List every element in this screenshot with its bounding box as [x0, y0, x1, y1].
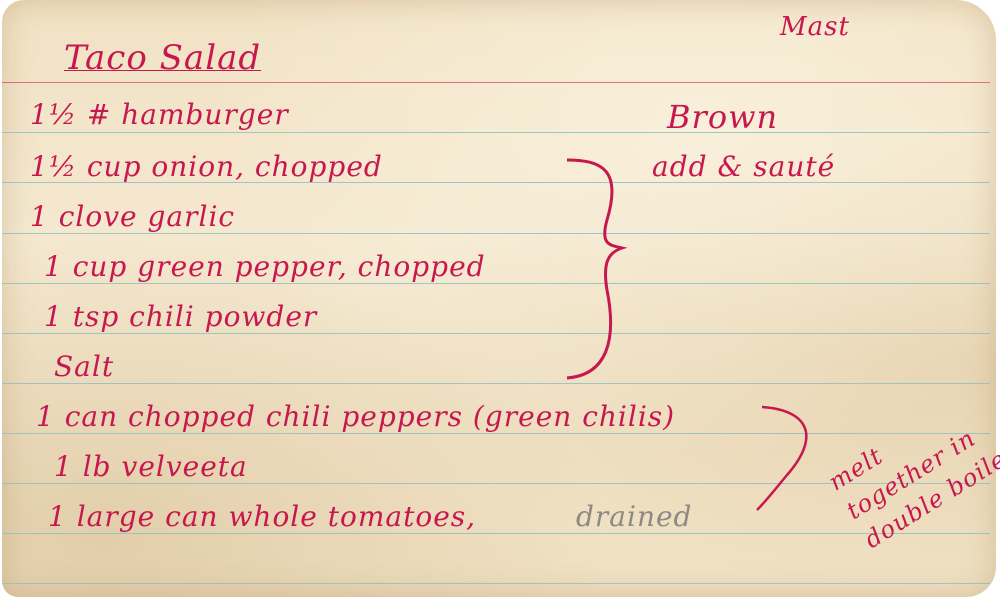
- curly-brace-icon: [562, 150, 642, 390]
- ingredient-line: 1 can chopped chili peppers (green chili…: [36, 400, 675, 433]
- ingredient-line: 1 tsp chili powder: [44, 300, 317, 333]
- recipe-card: Mast Taco Salad 1½ # hamburger 1½ cup on…: [2, 0, 996, 597]
- ruled-line: [2, 533, 990, 534]
- ruled-line: [2, 433, 990, 434]
- ingredient-line: 1 lb velveeta: [54, 450, 248, 483]
- ingredient-line: 1 clove garlic: [30, 200, 235, 233]
- ingredient-line: 1 cup green pepper, chopped: [44, 250, 486, 283]
- ruled-line: [2, 132, 990, 133]
- pencil-note: drained: [576, 500, 692, 533]
- ingredient-line: 1½ # hamburger: [30, 98, 289, 131]
- paren-brace-icon: [752, 405, 822, 515]
- header-rule: [2, 82, 990, 83]
- ruled-line: [2, 383, 990, 384]
- ingredient-line: 1½ cup onion, chopped: [30, 150, 383, 183]
- instruction-brown: Brown: [667, 98, 778, 136]
- ruled-line: [2, 333, 990, 334]
- ruled-line: [2, 583, 990, 584]
- ingredient-line: 1 large can whole tomatoes,: [48, 500, 476, 533]
- corner-note: Mast: [780, 12, 850, 42]
- recipe-title: Taco Salad: [64, 38, 261, 78]
- ruled-line: [2, 233, 990, 234]
- instruction-melt: melt together in double boiler: [822, 378, 1000, 557]
- ingredient-line: Salt: [54, 350, 114, 383]
- instruction-add-saute: add & sauté: [652, 150, 835, 183]
- ruled-line: [2, 283, 990, 284]
